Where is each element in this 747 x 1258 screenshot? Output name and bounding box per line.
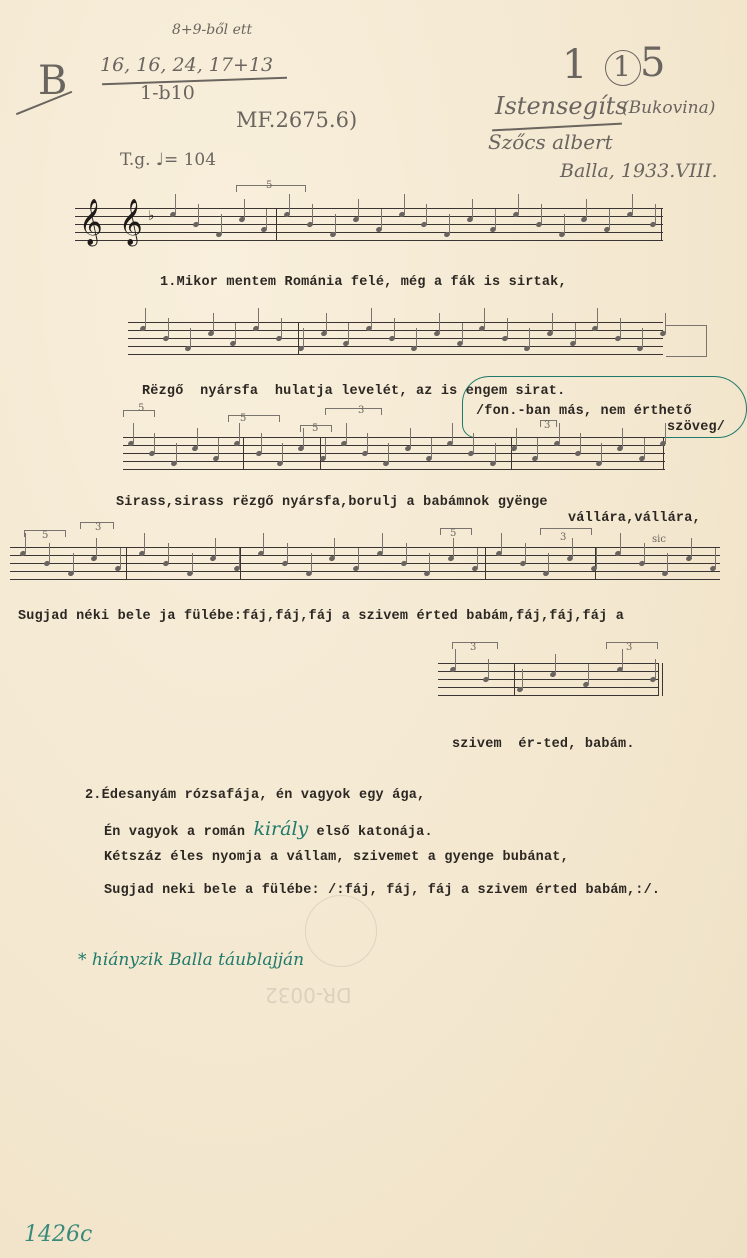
note-stem (715, 548, 716, 568)
note-stem (426, 204, 427, 224)
note-stem (263, 533, 264, 553)
note-stem (239, 423, 240, 443)
catalog-number-left: 1 (562, 42, 587, 88)
note-stem (49, 543, 50, 563)
note-stem (488, 659, 489, 679)
note-stem (367, 433, 368, 453)
note-stem (588, 664, 589, 684)
note-stem (431, 438, 432, 458)
note-stem (597, 308, 598, 328)
lyrics-line-3b: vállára,vállára, (568, 511, 701, 526)
note-stem (404, 194, 405, 214)
note-stem (473, 433, 474, 453)
top-note: 8+9-ből ett (172, 22, 252, 38)
song-title: Istensegíts (495, 92, 628, 120)
annotation-line-2: szöveg/ (667, 420, 725, 435)
tuplet-number: 5 (240, 413, 246, 424)
note-stem (449, 214, 450, 234)
note-stem (559, 423, 560, 443)
verse2-line-4: Sugjad neki bele a fülébe: /:fáj, fáj, f… (104, 883, 660, 898)
performer-name: Szőcs albert (488, 130, 613, 154)
note-stem (522, 669, 523, 689)
tuplet-number: 5 (42, 530, 48, 541)
note-stem (642, 328, 643, 348)
note-stem (665, 313, 666, 333)
note-stem (281, 318, 282, 338)
note-stem (516, 428, 517, 448)
tuplet-number: 5 (138, 403, 144, 414)
tuplet-number: 3 (560, 532, 566, 543)
note-stem (73, 553, 74, 573)
note-stem (266, 209, 267, 229)
note-stem (154, 433, 155, 453)
note-stem (455, 649, 456, 669)
note-stem (472, 199, 473, 219)
note-stem (358, 548, 359, 568)
note-stem (145, 308, 146, 328)
note-stem (691, 538, 692, 558)
tuplet-number: 3 (470, 642, 476, 653)
note-stem (501, 533, 502, 553)
verse2-line-1: 2.Édesanyám rózsafája, én vagyok egy ága… (85, 788, 425, 803)
note-stem (144, 533, 145, 553)
note-stem (192, 553, 193, 573)
note-stem (655, 659, 656, 679)
note-stem (25, 533, 26, 553)
note-stem (555, 654, 556, 674)
tuplet-number: 3 (358, 405, 364, 416)
note-stem (394, 318, 395, 338)
tuplet-bracket (325, 408, 382, 415)
note-stem (620, 318, 621, 338)
note-stem (168, 318, 169, 338)
note-stem (382, 533, 383, 553)
note-stem (197, 428, 198, 448)
range-number: 1-b10 (140, 82, 195, 104)
note-stem (632, 194, 633, 214)
note-stem (586, 199, 587, 219)
note-stem (388, 443, 389, 463)
note-stem (348, 323, 349, 343)
note-stem (667, 553, 668, 573)
stave-1: 𝄞 𝄞 ♭ (75, 208, 663, 244)
note-stem (198, 204, 199, 224)
note-stem (644, 438, 645, 458)
treble-clef-icon: 𝄞 (79, 202, 103, 242)
note-stem (580, 433, 581, 453)
archive-stamp (305, 895, 377, 967)
lyrics-line-1: 1.Mikor mentem Románia felé, még a fák i… (160, 275, 567, 290)
note-stem (609, 209, 610, 229)
stamp-text: DR-0032 (265, 983, 352, 1007)
annotation-line-1: /fon.-ban más, nem érthető (476, 404, 692, 419)
note-stem (371, 308, 372, 328)
note-stem (326, 313, 327, 333)
note-stem (601, 443, 602, 463)
note-stem (406, 543, 407, 563)
handwritten-correction: király (253, 818, 308, 840)
note-stem (416, 328, 417, 348)
note-stem (518, 194, 519, 214)
flat-icon: ♭ (147, 208, 155, 225)
note-stem (596, 548, 597, 568)
note-stem (311, 553, 312, 573)
note-stem (655, 204, 656, 224)
tempo-marking: T.g. ♩= 104 (120, 150, 216, 170)
note-stem (190, 328, 191, 348)
note-stem (429, 553, 430, 573)
note-stem (575, 323, 576, 343)
note-stem (439, 313, 440, 333)
note-stem (622, 428, 623, 448)
note-stem (644, 543, 645, 563)
sic-mark: sic (652, 534, 666, 545)
note-stem (548, 553, 549, 573)
note-stem (218, 438, 219, 458)
note-stem (215, 538, 216, 558)
note-stem (133, 423, 134, 443)
tuplet-number: 3 (544, 420, 550, 431)
tuplet-number: 3 (95, 522, 101, 533)
bar-numbers: 16, 16, 24, 17+13 (100, 54, 273, 76)
note-stem (452, 423, 453, 443)
note-stem (552, 313, 553, 333)
note-stem (221, 214, 222, 234)
stave-3 (123, 437, 665, 473)
region: (Bukovina) (622, 98, 715, 118)
tuplet-bracket (228, 415, 280, 422)
lyrics-line-5: szivem ér-ted, babám. (452, 737, 635, 752)
verse2-line-2-start: Én vagyok a román (104, 825, 253, 840)
treble-clef-icon: 𝄞 (119, 202, 143, 242)
note-stem (303, 428, 304, 448)
lyrics-line-3: Sirass,sirass rëzgő nyársfa,borulj a bab… (116, 495, 548, 510)
verse2-line-3: Kétszáz éles nyomja a vállam, szivemet a… (104, 850, 569, 865)
stave-2 (128, 322, 663, 358)
note-stem (96, 538, 97, 558)
note-stem (410, 428, 411, 448)
catalog-number-right: 5 (640, 40, 665, 86)
note-stem (303, 328, 304, 348)
note-stem (325, 438, 326, 458)
note-stem (346, 423, 347, 443)
catalog-number-circled: 1 (613, 50, 631, 83)
note-stem (235, 323, 236, 343)
tuplet-number: 5 (266, 180, 272, 191)
tuplet-number: 3 (626, 642, 632, 653)
stave-5 (438, 663, 658, 699)
note-stem (239, 548, 240, 568)
verse2-line-2-end: első katonája. (308, 825, 433, 840)
note-stem (258, 308, 259, 328)
note-stem (289, 194, 290, 214)
note-stem (287, 543, 288, 563)
note-stem (541, 204, 542, 224)
note-stem (312, 204, 313, 224)
note-stem (477, 548, 478, 568)
note-stem (381, 209, 382, 229)
tuplet-number: 5 (312, 423, 318, 434)
note-stem (213, 313, 214, 333)
note-stem (261, 433, 262, 453)
note-stem (507, 318, 508, 338)
verse2-line-2: Én vagyok a román király első katonája. (104, 818, 433, 840)
note-stem (462, 323, 463, 343)
note-stem (495, 443, 496, 463)
note-stem (495, 209, 496, 229)
footnote: * hiányzik Balla táublajján (78, 950, 304, 970)
note-stem (358, 199, 359, 219)
note-stem (622, 649, 623, 669)
note-stem (335, 214, 336, 234)
note-stem (564, 214, 565, 234)
note-stem (244, 199, 245, 219)
collector-date: Balla, 1933.VIII. (560, 160, 718, 182)
note-stem (537, 438, 538, 458)
note-stem (282, 443, 283, 463)
note-stem (120, 548, 121, 568)
stave-4 (10, 547, 720, 583)
mf-reference: MF.2675.6) (236, 108, 357, 132)
note-stem (168, 543, 169, 563)
note-stem (453, 538, 454, 558)
note-stem (620, 533, 621, 553)
note-stem (176, 443, 177, 463)
note-stem (572, 538, 573, 558)
note-stem (525, 543, 526, 563)
pencil-box (666, 325, 707, 357)
note-stem (175, 194, 176, 214)
note-stem (529, 328, 530, 348)
note-stem (334, 538, 335, 558)
note-stem (484, 308, 485, 328)
bottom-catalog-number: 1426c (24, 1222, 92, 1247)
note-stem (665, 423, 666, 443)
lyrics-line-4: Sugjad néki bele ja fülébe:fáj,fáj,fáj a… (18, 609, 624, 624)
